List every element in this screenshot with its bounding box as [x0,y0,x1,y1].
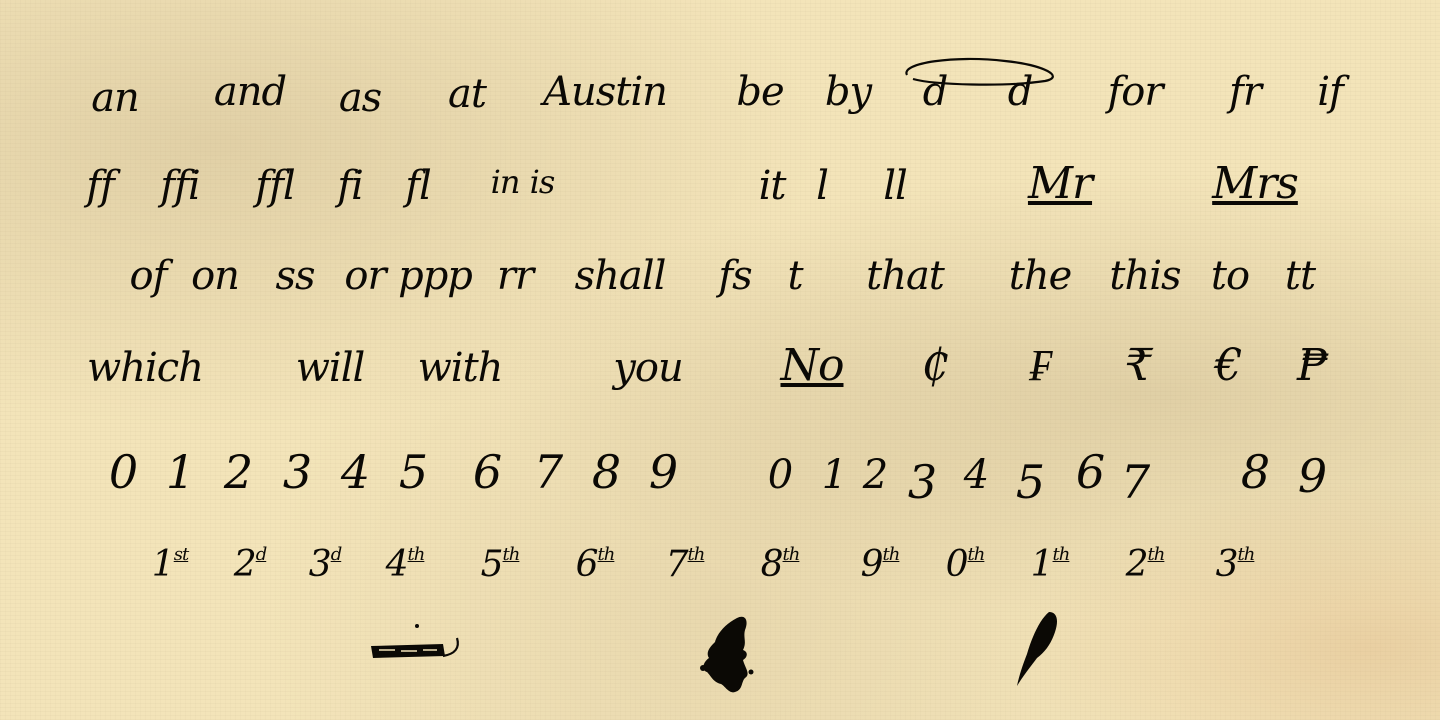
glyph-an: an [91,78,139,118]
ordinal-7th: 7th [666,546,705,583]
oval-swash-flourish-icon [895,55,1065,105]
ordinal-3th: 3th [1216,546,1255,583]
glyph-ffi: ffi [160,166,199,206]
glyph-to: to [1211,256,1249,296]
numeral-7: 7 [534,449,562,495]
ordinal-9th: 9th [861,546,900,583]
glyph-which: which [87,348,203,388]
ordinal-6th: 6th [576,546,615,583]
glyph-t: t [787,256,802,296]
glyph-it: it [759,166,786,206]
peso-symbol-icon: ₱ [1297,344,1327,388]
numeral-9: 9 [649,449,677,495]
specimen-row-words-2: of on ss or ppp rr shall fs t that the t… [0,248,1440,328]
quill-stroke-icon [1005,610,1065,690]
euro-symbol-icon: € [1215,344,1242,388]
specimen-row-ordinals: 1st 2d 3d 4th 5th 6th 7th 8th 9th 0th 1t… [0,540,1440,620]
glyph-austin: Austin [543,72,667,112]
glyph-you: you [613,348,682,388]
oldstyle-numeral-7: 7 [1121,459,1149,505]
specimen-row-words-symbols: which will with you No ₵ ₣ ₹ € ₱ [0,340,1440,420]
glyph-fi: fi [337,166,363,206]
glyph-the: the [1009,256,1072,296]
glyph-of: of [130,256,167,296]
ordinal-2th: 2th [1126,546,1165,583]
glyph-that: that [866,256,944,296]
glyph-ppp: ppp [398,256,472,296]
glyph-as: as [339,78,381,118]
numeral-2: 2 [224,449,252,495]
numeral-3: 3 [283,449,311,495]
numeral-5: 5 [399,449,427,495]
oldstyle-numeral-6: 6 [1076,449,1104,495]
glyph-no-abbr: No [781,344,844,388]
numeral-4: 4 [341,449,369,495]
glyph-be: be [736,72,783,112]
glyph-tt: tt [1285,256,1315,296]
glyph-shall: shall [575,256,666,296]
numeral-0: 0 [109,449,137,495]
ink-blot-icon [695,612,765,697]
ordinal-1st: 1st [152,546,188,583]
specimen-row-numerals: 0 1 2 3 4 5 6 7 8 9 0 1 2 3 4 5 6 7 8 9 [0,445,1440,525]
specimen-row-ligatures: ff ffi ffl fi fl in is it l ll Mr Mrs [0,158,1440,238]
oldstyle-numeral-5: 5 [1016,459,1044,505]
oldstyle-numeral-0: 0 [768,455,792,495]
ordinal-3d: 3d [309,546,341,583]
numeral-1: 1 [166,449,194,495]
glyph-at: at [448,74,486,114]
glyph-d-swash: d [923,72,948,112]
franc-symbol-icon: ₣ [1030,344,1051,388]
oldstyle-numeral-2: 2 [863,455,887,495]
glyph-or: or [344,256,385,296]
glyph-will: will [296,348,365,388]
specimen-row-words-1: an and as at Austin be by d d for fr if [0,70,1440,150]
numeral-8: 8 [592,449,620,495]
glyph-if: if [1317,72,1343,112]
ordinal-8th: 8th [761,546,800,583]
glyph-fl: fl [405,166,431,206]
rupee-symbol-icon: ₹ [1125,344,1152,388]
ordinal-5th: 5th [481,546,520,583]
glyph-ss: ss [275,256,314,296]
glyph-l: l [816,166,828,206]
glyph-in: in [491,166,520,198]
ordinal-1th: 1th [1031,546,1070,583]
glyph-rr: rr [497,256,533,296]
glyph-this: this [1109,256,1180,296]
oldstyle-numeral-9: 9 [1298,453,1326,499]
glyph-d: d [1008,72,1033,112]
ordinal-4th: 4th [386,546,425,583]
oldstyle-numeral-8: 8 [1241,449,1269,495]
cedi-symbol-icon: ₵ [922,344,949,388]
ordinal-0th: 0th [946,546,985,583]
glyph-ff: ff [86,166,114,206]
glyph-ffl: ffl [255,166,294,206]
numeral-6: 6 [473,449,501,495]
glyph-is: is [530,166,555,198]
glyph-and: and [214,72,286,112]
glyph-with: with [418,348,503,388]
glyph-on: on [191,256,239,296]
glyph-mrs-abbr: Mrs [1212,162,1298,206]
crossed-out-word-icon [365,620,465,665]
glyph-ll: ll [883,166,907,206]
oldstyle-numeral-4: 4 [964,455,988,495]
glyph-by: by [825,72,871,112]
glyph-mr-abbr: Mr [1028,162,1092,206]
oldstyle-numeral-1: 1 [822,455,846,495]
glyph-fr: fr [1229,72,1261,112]
ordinal-2d: 2d [234,546,266,583]
glyph-fs: fs [718,256,751,296]
glyph-for: for [1107,72,1162,112]
oldstyle-numeral-3: 3 [908,459,936,505]
